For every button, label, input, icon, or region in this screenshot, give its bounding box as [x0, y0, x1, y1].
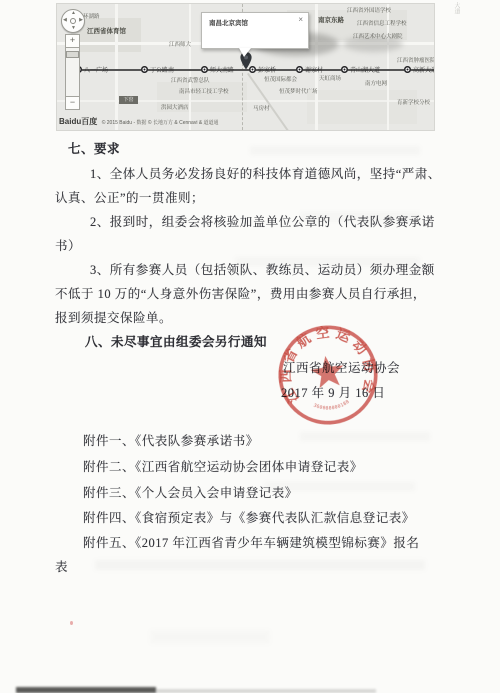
- map-poi-label: 江西省体育馆: [87, 26, 126, 35]
- metro-station-label: 高新大道: [413, 65, 434, 74]
- map-poi-label: 江西省信息工程学校: [357, 19, 407, 27]
- map-poi-label: 南昌市轻工技工学校: [179, 87, 229, 95]
- bleedthrough-mark: [300, 432, 430, 441]
- star-icon: [309, 354, 346, 389]
- close-icon[interactable]: ×: [298, 16, 303, 24]
- document-text-line: 书）: [55, 239, 81, 253]
- zoom-out-button[interactable]: −: [65, 96, 80, 110]
- map-poi-label: 江西师大: [169, 40, 191, 48]
- map-poi-label: 江西省外国语学校: [347, 6, 391, 14]
- bleedthrough-mark: [150, 630, 270, 644]
- map-poi-label: 育新学校分校: [397, 98, 430, 106]
- document-text-line: 附件一、《代表队参赛承诺书》: [83, 434, 259, 448]
- metro-station-icon: [201, 66, 208, 73]
- document-text-line: 七、要求: [68, 142, 120, 156]
- map-pan-control[interactable]: ▲ ▼ ◀ ▶: [61, 9, 85, 33]
- pan-left-icon[interactable]: ◀: [63, 18, 67, 23]
- svg-text:360000000188: 360000000188: [312, 398, 352, 414]
- scan-edge-shadow: [156, 689, 376, 693]
- map-road: [57, 100, 434, 102]
- map-poi-label: 江西省武警总队: [171, 76, 210, 84]
- map-poi-label: 南方电网: [365, 79, 387, 87]
- metro-station-icon: [296, 66, 303, 73]
- metro-station-icon: [404, 66, 411, 73]
- map-poi-label: 江西省肿瘤医院: [397, 56, 434, 64]
- map-poi-label: 恒茂国际都会: [264, 75, 297, 83]
- document-text-line: 附件四、《食宿预定表》与《参赛代表队汇款信息登记表》: [83, 511, 415, 525]
- popup-title: 南昌北京宾馆: [209, 18, 248, 27]
- map-popup: 南昌北京宾馆 ×: [201, 12, 309, 49]
- document-text-line: 1、全体人员务必发扬良好的科技体育道德风尚，坚持“严肃、: [90, 167, 441, 181]
- metro-station-label: 彭家桥: [258, 65, 276, 74]
- road-number-badge: 下窑: [119, 96, 138, 104]
- pan-up-icon[interactable]: ▲: [71, 11, 76, 16]
- document-text-line: 报到须提交保险单。: [55, 311, 172, 325]
- scan-edge-shadow: [16, 687, 156, 693]
- bleedthrough-mark: [235, 257, 420, 266]
- metro-station-icon: [141, 66, 148, 73]
- pan-right-icon[interactable]: ▶: [79, 18, 83, 23]
- official-seal: 江西省航空运动协会 360000000188: [253, 300, 402, 449]
- document-text-line: 八、未尽事宜由组委会另行通知: [85, 335, 267, 349]
- document-text-line: 认真、公正”的一贯准则；: [55, 191, 204, 205]
- map-poi-label: 恒茂梦时代广场: [279, 87, 318, 95]
- bleedthrough-mark: [265, 482, 415, 491]
- document-text-line: 不低于 10 万的“人身意外伤害保险”，费用由参赛人员自行承担，: [55, 287, 426, 301]
- seal-serial: 360000000188: [312, 398, 352, 414]
- attribution-text: © 2015 Baidu - 数据 © 长地万方 & Cennavi & 道道通: [102, 120, 219, 126]
- map-poi-label: 洪园大酒店: [161, 103, 189, 111]
- document-text-line: 表: [55, 560, 68, 574]
- metro-station-label: 师大南路: [210, 65, 234, 74]
- map-poi-label: 江西艺术中心大剧院: [353, 32, 403, 40]
- bleedthrough-mark: [300, 212, 420, 221]
- map-block: [307, 90, 417, 124]
- zoom-in-button[interactable]: +: [65, 34, 80, 48]
- ink-spot: [70, 621, 73, 625]
- metro-station-label: 丁公路南: [150, 65, 174, 74]
- map-canvas[interactable]: 八一广场 丁公路南 师大南路 彭家桥 谢家村 青山湖大道: [57, 4, 434, 130]
- scan-artifact-text: 大道: [452, 2, 461, 14]
- map-attribution: Baidu百度 © 2015 Baidu - 数据 © 长地万方 & Cenna…: [59, 111, 219, 129]
- map-zoom-bar: + −: [65, 34, 80, 110]
- baidu-logo: Baidu百度: [59, 117, 97, 126]
- metro-station-label: 八一广场: [84, 65, 108, 74]
- pan-down-icon[interactable]: ▼: [71, 26, 76, 31]
- metro-station-label: 谢家村: [305, 65, 323, 74]
- bleedthrough-mark: [95, 560, 425, 570]
- popup-tail: [239, 48, 251, 57]
- document-text-line: 附件二、《江西省航空运动协会团体申请登记表》: [83, 460, 363, 474]
- document-text-line: 附件五、《2017 年江西省青少年车辆建筑模型锦标赛》报名: [83, 536, 419, 550]
- metro-station-label: 青山湖大道: [350, 65, 380, 74]
- map-poi-label: 环湖路: [83, 12, 100, 20]
- metro-station-icon: [341, 66, 348, 73]
- zoom-slider-handle[interactable]: [66, 51, 79, 58]
- map-poi-label: 南京东路: [318, 15, 344, 24]
- bleedthrough-mark: [250, 146, 420, 155]
- map-poi-label: 马房村: [253, 104, 270, 112]
- map-poi-label: 天虹商场: [319, 74, 341, 82]
- scanned-document-page: 八一广场 丁公路南 师大南路 彭家桥 谢家村 青山湖大道: [0, 0, 500, 693]
